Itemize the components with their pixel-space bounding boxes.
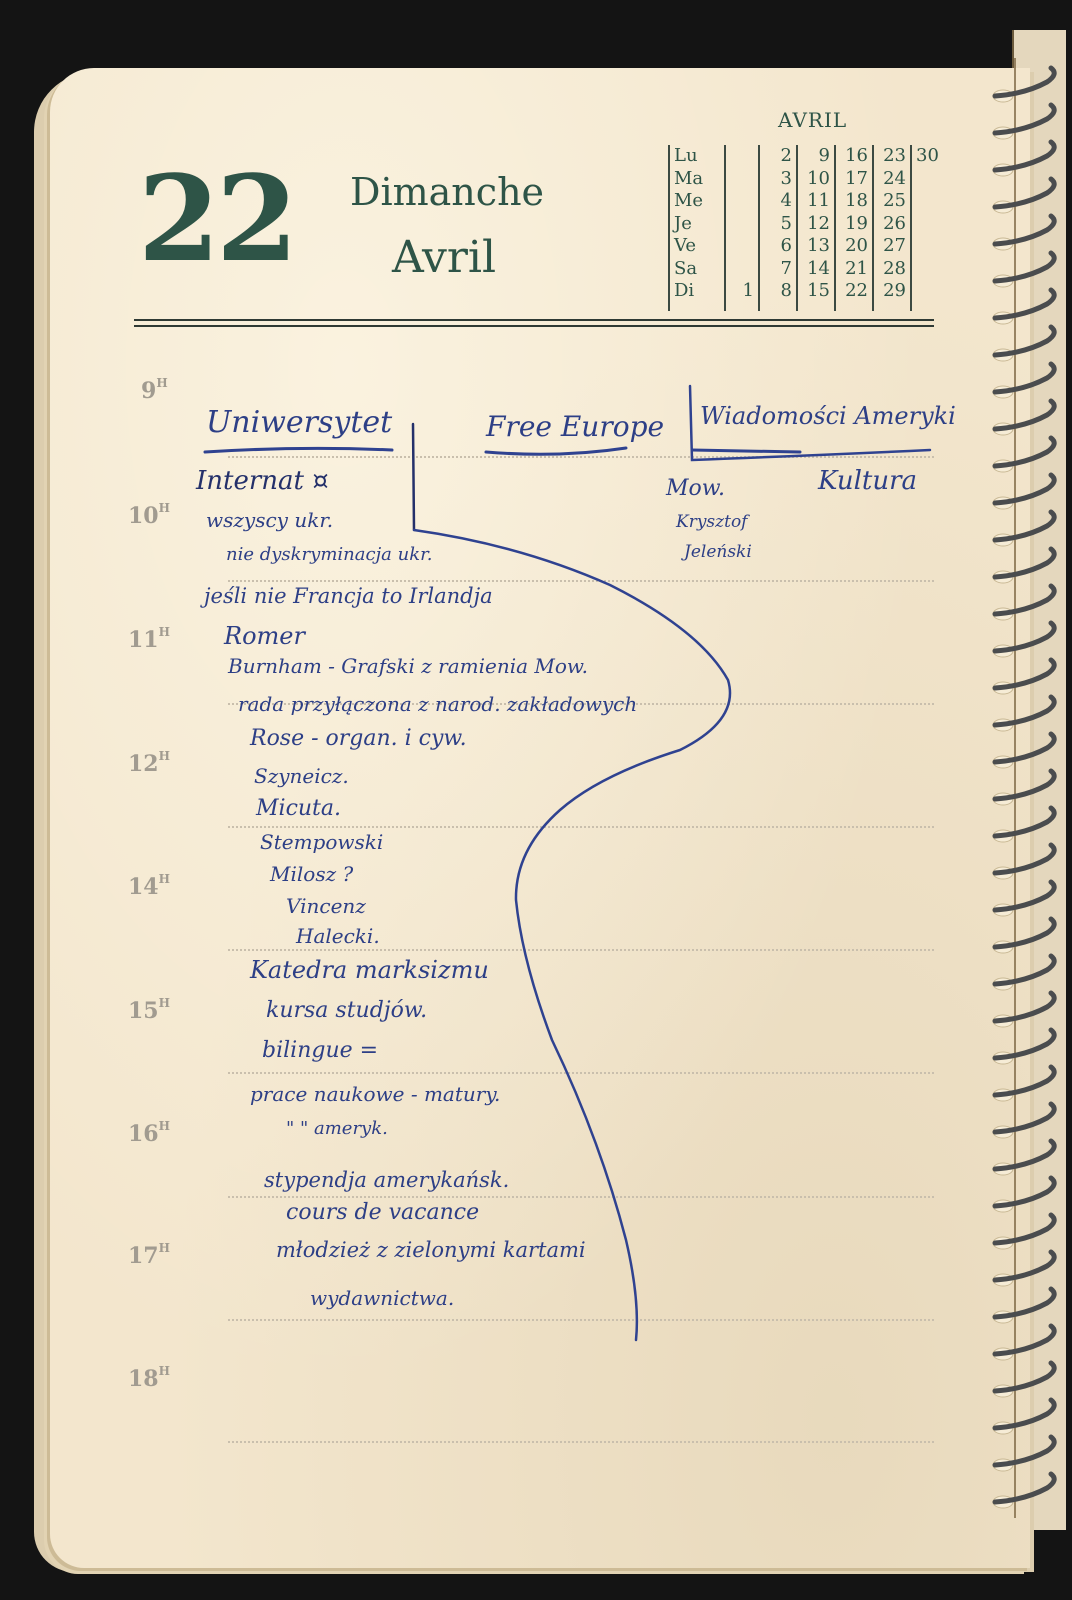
note-col3: Krysztof	[676, 512, 747, 532]
note-col3: Mow.	[666, 476, 725, 501]
note-line: Rose - organ. i cyw.	[250, 726, 467, 751]
column-heading-university: Uniwersytet	[206, 405, 392, 440]
note-line: Milosz ?	[270, 862, 353, 886]
ink-strokes	[0, 0, 1072, 1600]
spiral-binding	[985, 58, 1072, 1518]
note-line: bilingue =	[262, 1038, 378, 1063]
note-line: Micuta.	[256, 796, 341, 821]
note-line: rada przyłączona z narod. zakładowych	[238, 692, 637, 716]
note-line: stypendja amerykańsk.	[264, 1168, 509, 1192]
note-line: jeśli nie Francja to Irlandja	[204, 584, 493, 608]
note-line: młodzież z zielonymi kartami	[276, 1238, 586, 1262]
note-line: prace naukowe - matury.	[250, 1082, 500, 1106]
note-line: wydawnictwa.	[310, 1286, 454, 1310]
note-line: cours de vacance	[286, 1200, 479, 1225]
note-line: Burnham - Grafski z ramienia Mow.	[228, 654, 588, 678]
note-line: nie dyskryminacja ukr.	[226, 544, 432, 565]
note-line: wszyscy ukr.	[206, 508, 333, 532]
note-line: Stempowski	[260, 830, 383, 854]
note-line: Szyneicz.	[254, 764, 349, 788]
note-col3: Kultura	[818, 466, 917, 496]
note-line: Internat ¤	[196, 466, 329, 496]
note-line: kursa studjów.	[266, 998, 427, 1023]
note-col3: Jeleński	[684, 542, 752, 562]
column-heading-free-europe: Free Europe	[486, 410, 664, 443]
note-line: Katedra marksizmu	[250, 956, 489, 984]
note-line: Halecki.	[296, 924, 380, 948]
note-line: " " ameryk.	[286, 1118, 388, 1139]
note-line: Vincenz	[286, 894, 366, 918]
note-line: Romer	[224, 622, 305, 650]
column-heading-wiadomosci: Wiadomości Ameryki	[700, 402, 956, 430]
